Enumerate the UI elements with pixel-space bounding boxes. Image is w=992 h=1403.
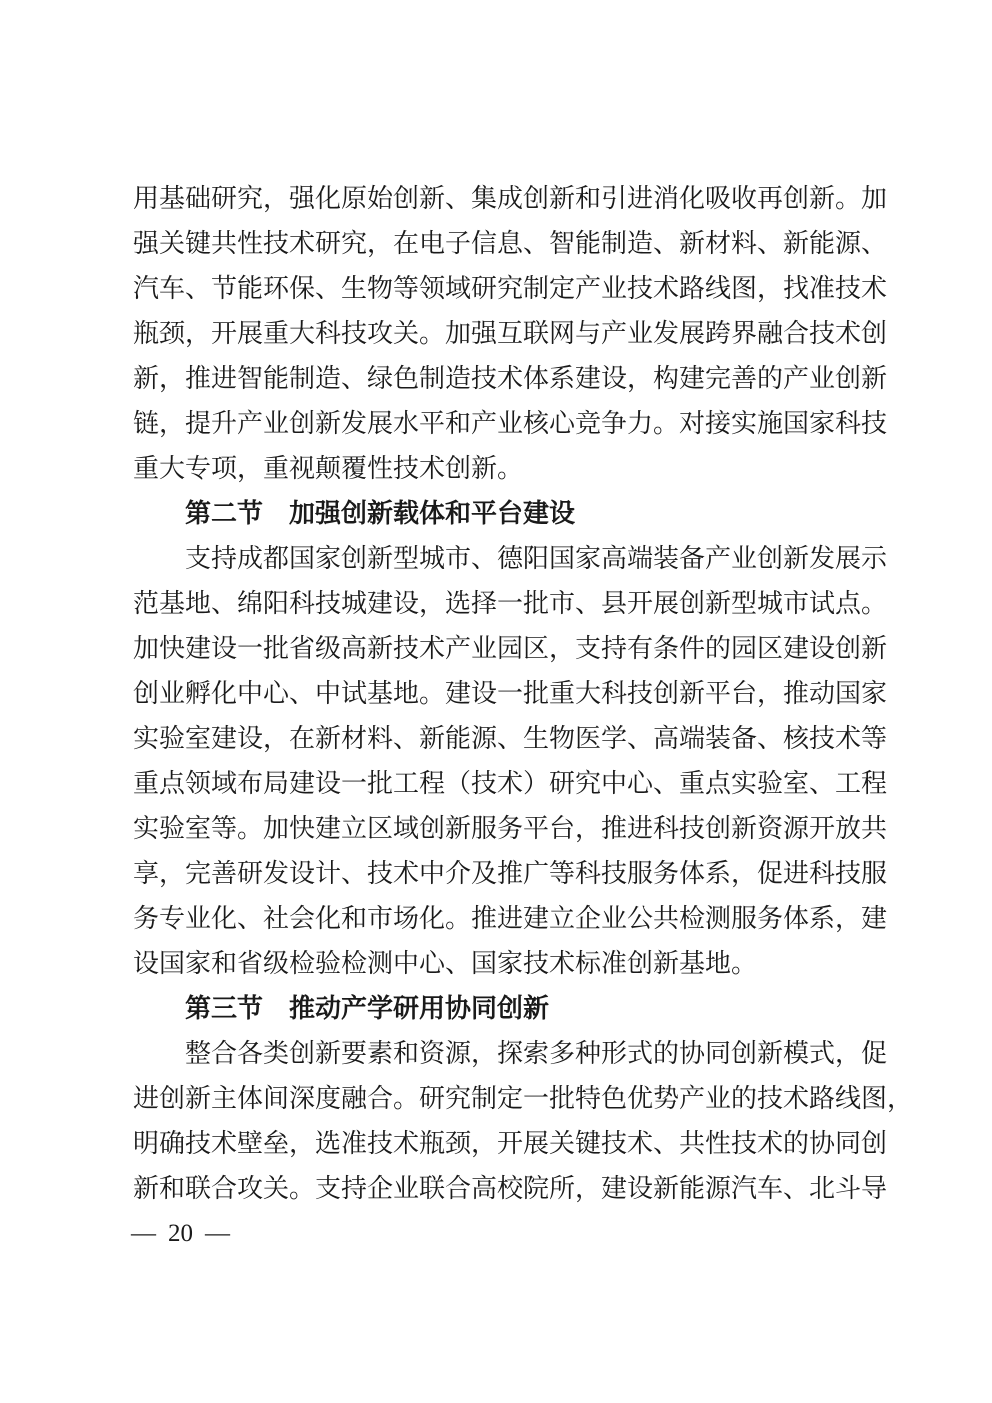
text-line: 范基地、绵阳科技城建设，选择一批市、县开展创新型城市试点。 xyxy=(133,581,913,626)
text-line: 创业孵化中心、中试基地。建设一批重大科技创新平台，推动国家 xyxy=(133,671,913,716)
footer-left-dash: — xyxy=(131,1211,156,1256)
section-2-number: 第二节 xyxy=(185,499,263,528)
page-number: 20 xyxy=(168,1211,193,1256)
text-line: 新和联合攻关。支持企业联合高校院所，建设新能源汽车、北斗导 xyxy=(133,1166,913,1211)
document-body: 用基础研究，强化原始创新、集成创新和引进消化吸收再创新。加强关键共性技术研究，在… xyxy=(133,176,913,1211)
text-line: 重点领域布局建设一批工程（技术）研究中心、重点实验室、工程 xyxy=(133,761,913,806)
text-line: 汽车、节能环保、生物等领域研究制定产业技术路线图，找准技术 xyxy=(133,266,913,311)
paragraph-2: 支持成都国家创新型城市、德阳国家高端装备产业创新发展示范基地、绵阳科技城建设，选… xyxy=(133,536,913,986)
footer-right-dash: — xyxy=(205,1211,230,1256)
page-footer: —20— xyxy=(131,1211,230,1256)
text-line: 实验室建设，在新材料、新能源、生物医学、高端装备、核技术等 xyxy=(133,716,913,761)
text-line: 支持成都国家创新型城市、德阳国家高端装备产业创新发展示 xyxy=(133,536,913,581)
section-2-title: 加强创新载体和平台建设 xyxy=(289,499,575,528)
paragraph-3: 整合各类创新要素和资源，探索多种形式的协同创新模式，促进创新主体间深度融合。研究… xyxy=(133,1031,913,1211)
document-page: 用基础研究，强化原始创新、集成创新和引进消化吸收再创新。加强关键共性技术研究，在… xyxy=(0,0,992,1403)
text-line: 明确技术壁垒，选准技术瓶颈，开展关键技术、共性技术的协同创 xyxy=(133,1121,913,1166)
text-line: 加快建设一批省级高新技术产业园区，支持有条件的园区建设创新 xyxy=(133,626,913,671)
text-line: 强关键共性技术研究，在电子信息、智能制造、新材料、新能源、 xyxy=(133,221,913,266)
text-line: 整合各类创新要素和资源，探索多种形式的协同创新模式，促 xyxy=(133,1031,913,1076)
section-3-title: 推动产学研用协同创新 xyxy=(289,994,549,1023)
section-3-heading: 第三节推动产学研用协同创新 xyxy=(133,986,913,1031)
text-line: 新，推进智能制造、绿色制造技术体系建设，构建完善的产业创新 xyxy=(133,356,913,401)
text-line: 链，提升产业创新发展水平和产业核心竞争力。对接实施国家科技 xyxy=(133,401,913,446)
text-line: 重大专项，重视颠覆性技术创新。 xyxy=(133,446,913,491)
text-line: 务专业化、社会化和市场化。推进建立企业公共检测服务体系，建 xyxy=(133,896,913,941)
text-line: 进创新主体间深度融合。研究制定一批特色优势产业的技术路线图， xyxy=(133,1076,913,1121)
text-line: 瓶颈，开展重大科技攻关。加强互联网与产业发展跨界融合技术创 xyxy=(133,311,913,356)
text-line: 用基础研究，强化原始创新、集成创新和引进消化吸收再创新。加 xyxy=(133,176,913,221)
paragraph-1: 用基础研究，强化原始创新、集成创新和引进消化吸收再创新。加强关键共性技术研究，在… xyxy=(133,176,913,491)
text-line: 享，完善研发设计、技术中介及推广等科技服务体系，促进科技服 xyxy=(133,851,913,896)
text-line: 设国家和省级检验检测中心、国家技术标准创新基地。 xyxy=(133,941,913,986)
section-3-number: 第三节 xyxy=(185,994,263,1023)
text-line: 实验室等。加快建立区域创新服务平台，推进科技创新资源开放共 xyxy=(133,806,913,851)
section-2-heading: 第二节加强创新载体和平台建设 xyxy=(133,491,913,536)
